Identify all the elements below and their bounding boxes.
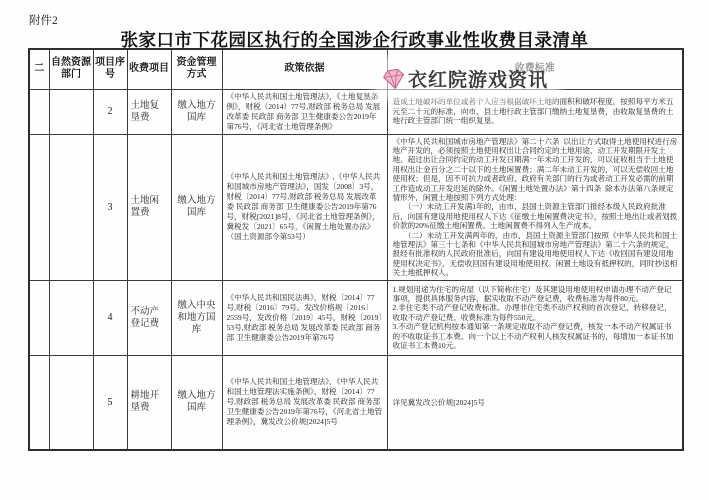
cell-policy-basis: 《中华人民共和国土地管理法》，《中华人民共和国土地管理法实施条例》，财税〔201… — [222, 355, 387, 450]
cell-department — [49, 355, 93, 450]
cell-seq: 2 — [93, 89, 127, 134]
cell-policy-basis: 《中华人民共和国土地管理法》,《中华人民共和国城市房地产管理法》，国发〔2008… — [222, 134, 387, 280]
scanned-document-page: { "page": { "attachment_label": "附件2", "… — [0, 0, 709, 500]
header-department: 自然资源部门 — [49, 49, 93, 89]
cell-section — [29, 134, 49, 280]
cell-fee-standard: 《中华人民共和国城市房地产管理法》第二十六条 以出让方式取得土地使用权进行房地产… — [387, 134, 683, 280]
cell-section — [29, 89, 49, 134]
cell-department — [49, 280, 93, 355]
table-row: 4 不动产登记费 缴入中央和地方国库 《中华人民共和国民法典》，财税〔2014〕… — [29, 280, 683, 355]
cell-fee-item: 土地复垦费 — [127, 89, 171, 134]
watermark-text: 衣红院游戏资讯 — [408, 65, 548, 92]
cell-fee-item: 耕地开垦费 — [127, 355, 171, 450]
table-row: 2 土地复垦费 缴入地方国库 《中华人民共和国土地管理法》，《土地复垦条例》，财… — [29, 89, 683, 134]
cell-department — [49, 89, 93, 134]
cell-department — [49, 134, 93, 280]
header-fund-method: 资金管理 方式 — [171, 49, 222, 89]
cell-fee-standard: 详见冀发改公价规[2024]5号 — [387, 355, 683, 450]
cell-seq: 5 — [93, 355, 127, 450]
watermark: 衣红院游戏资讯 — [380, 63, 554, 94]
cell-seq: 4 — [93, 280, 127, 355]
cell-section — [29, 355, 49, 450]
cell-fee-standard: 造成土地破坏的单位或者个人应当根据破坏土地的面积和破坏程度，按照每平方米五元至二… — [387, 89, 683, 134]
fee-catalog-table: 二 自然资源部门 项目序号 收费项目 资金管理 方式 政策依据 收费标准 2 土… — [28, 48, 684, 451]
cell-section — [29, 280, 49, 355]
cell-fund-method: 缴入地方国库 — [171, 355, 222, 450]
table-header-row: 二 自然资源部门 项目序号 收费项目 资金管理 方式 政策依据 收费标准 — [29, 49, 683, 89]
table-row: 5 耕地开垦费 缴入地方国库 《中华人民共和国土地管理法》，《中华人民共和国土地… — [29, 355, 683, 450]
table-row: 3 土地闲置费 缴入地方国库 《中华人民共和国土地管理法》,《中华人民共和国城市… — [29, 134, 683, 280]
cell-fee-standard: 1.规划用途为住宅的房屋（以下简称住宅）及其建设用地使用权申请办理不动产登记事项… — [387, 280, 683, 355]
cell-policy-basis: 《中华人民共和国民法典》，财税〔2014〕77号,财税〔2016〕79号。发改价… — [222, 280, 387, 355]
header-seq-no: 项目序号 — [93, 49, 127, 89]
cell-fee-item: 土地闲置费 — [127, 134, 171, 280]
cell-fund-method: 缴入地方国库 — [171, 89, 222, 134]
cell-fund-method: 缴入地方国库 — [171, 134, 222, 280]
cell-fee-item: 不动产登记费 — [127, 280, 171, 355]
header-section-number: 二 — [29, 49, 49, 89]
cell-seq: 3 — [93, 134, 127, 280]
attachment-label: 附件2 — [29, 12, 58, 28]
header-policy-basis: 政策依据 — [222, 49, 387, 89]
cell-fund-method: 缴入中央和地方国库 — [171, 280, 222, 355]
cell-policy-basis: 《中华人民共和国土地管理法》，《土地复垦条例》，财税（2014）77号,财政部 … — [222, 89, 387, 134]
gem-icon — [380, 65, 407, 92]
header-fee-item: 收费项目 — [127, 49, 171, 89]
